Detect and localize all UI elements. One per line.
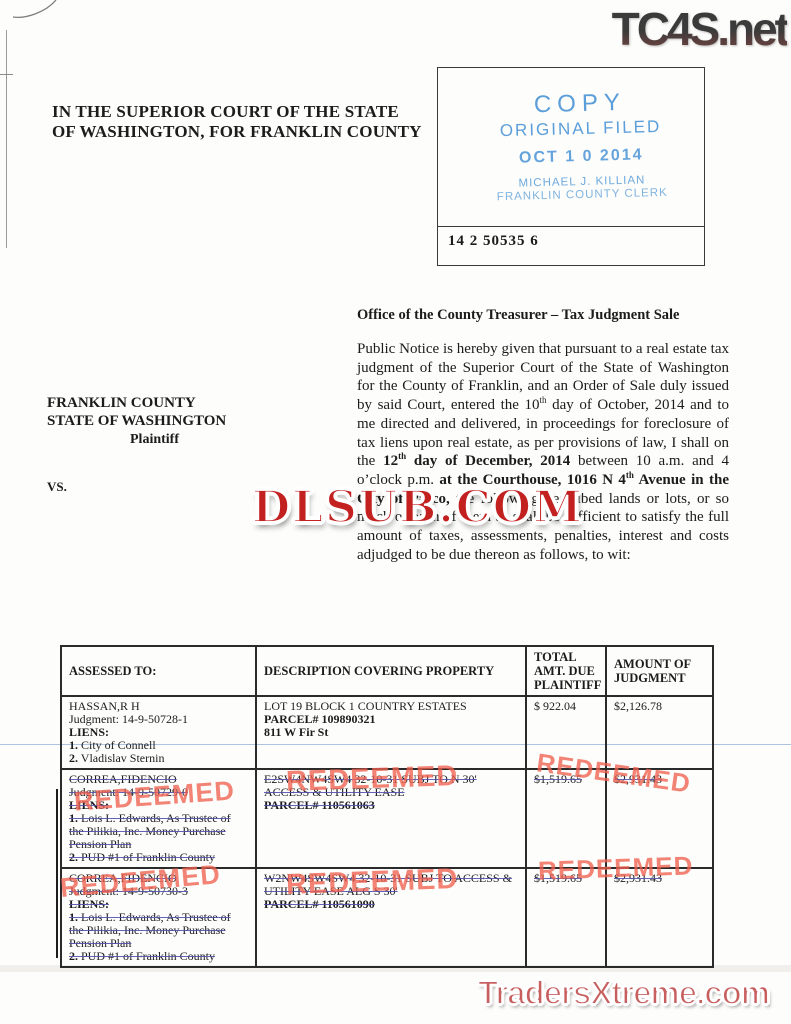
- tc4s-watermark: TC4S.net: [612, 2, 787, 56]
- header-assessed-to: ASSESSED TO:: [61, 646, 256, 696]
- document-page: TC4S.net DLSUB.COM TradersXtreme.com IN …: [0, 0, 791, 1024]
- scan-artifact-curve: [0, 0, 70, 30]
- assessed-cell: HASSAN,R H Judgment: 14-9-50728-1 LIENS:…: [61, 696, 256, 769]
- scan-artifact-line: [0, 74, 13, 75]
- plaintiff-role: Plaintiff: [47, 431, 262, 449]
- redeemed-stamp: REDEEMED: [285, 760, 458, 799]
- notice-bold-text: day of December, 2014: [406, 453, 570, 469]
- plaintiff-block: FRANKLIN COUNTY STATE OF WASHINGTON Plai…: [47, 394, 262, 449]
- copy-filed-stamp: COPY ORIGINAL FILED OCT 1 0 2014 MICHAEL…: [465, 87, 698, 204]
- table-header-row: ASSESSED TO: DESCRIPTION COVERING PROPER…: [61, 646, 713, 696]
- notice-bold-text: 12: [383, 453, 398, 469]
- notice-heading: Office of the County Treasurer – Tax Jud…: [357, 307, 680, 324]
- lien-item: 2. Vladislav Sternin: [69, 752, 248, 765]
- description-cell: LOT 19 BLOCK 1 COUNTRY ESTATES PARCEL# 1…: [256, 696, 526, 769]
- plaintiff-line2: STATE OF WASHINGTON: [47, 412, 262, 430]
- lien-item: 2. PUD #1 of Franklin County: [69, 851, 248, 864]
- traders-watermark: TradersXtreme.com: [478, 974, 769, 1012]
- lien-item: 2. PUD #1 of Franklin County: [69, 950, 248, 963]
- stamp-date: OCT 1 0 2014: [466, 145, 696, 169]
- lien-item: 1. Lois L. Edwards, As Trustee of the Pi…: [69, 911, 248, 950]
- vs-label: VS.: [47, 479, 67, 495]
- redeemed-stamp: REDEEMED: [538, 850, 694, 886]
- redeemed-stamp: REDEEMED: [285, 863, 458, 902]
- parcel-number: PARCEL# 110561063: [264, 799, 518, 812]
- lien-item: 1. Lois L. Edwards, As Trustee of the Pi…: [69, 812, 248, 851]
- scan-artifact-line: [56, 789, 58, 958]
- header-description: DESCRIPTION COVERING PROPERTY: [256, 646, 526, 696]
- filed-stamp-box: COPY ORIGINAL FILED OCT 1 0 2014 MICHAEL…: [437, 67, 705, 266]
- stamp-box-divider: [438, 226, 704, 227]
- court-title: IN THE SUPERIOR COURT OF THE STATE OF WA…: [52, 102, 422, 142]
- superscript: th: [540, 395, 547, 405]
- scan-artifact-line: [6, 30, 7, 248]
- dlsub-watermark: DLSUB.COM: [252, 482, 584, 533]
- plaintiff-line1: FRANKLIN COUNTY: [47, 394, 262, 412]
- court-title-line1: IN THE SUPERIOR COURT OF THE STATE: [52, 102, 422, 122]
- case-number: 14 2 50535 6: [448, 233, 539, 250]
- superscript: th: [626, 470, 634, 480]
- property-address: 811 W Fir St: [264, 726, 518, 739]
- header-amount-judgment: AMOUNT OF JUDGMENT: [606, 646, 713, 696]
- header-total-due: TOTAL AMT. DUE PLAINTIFF: [526, 646, 606, 696]
- superscript: th: [398, 451, 406, 461]
- court-title-line2: OF WASHINGTON, FOR FRANKLIN COUNTY: [52, 122, 422, 142]
